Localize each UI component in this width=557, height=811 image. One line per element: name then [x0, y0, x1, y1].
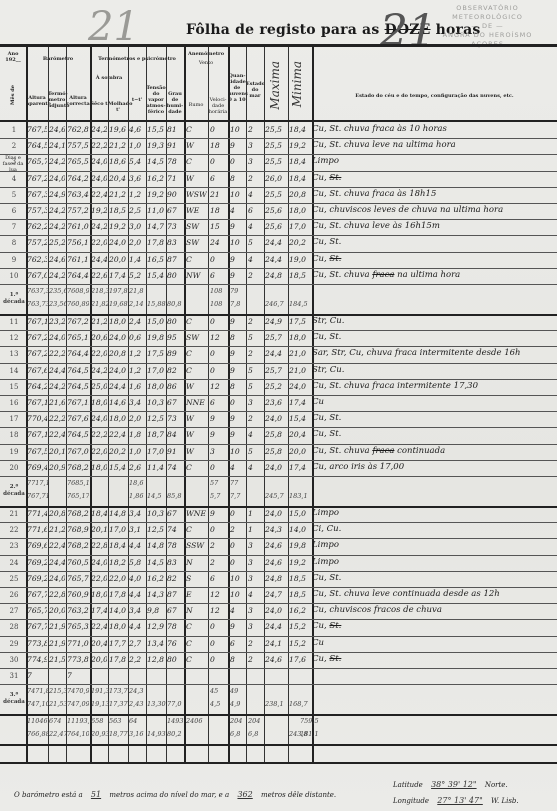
stamp-line: ANGRA DO HEROÍSMO	[420, 31, 555, 40]
cell-vel: 0	[210, 157, 227, 166]
cell-hum: 82	[167, 574, 183, 583]
cell-dif: 4,4	[129, 590, 145, 599]
summary-cell: 183,1	[289, 492, 311, 500]
cell-term: 25,2	[49, 238, 65, 247]
cell-nuv: 9	[230, 430, 245, 439]
cell-seco: 24,2	[91, 222, 107, 231]
cell-alt-ap: 757,35	[27, 206, 47, 215]
summary-cell: 184,5	[289, 300, 311, 308]
cell-min: 15,2	[289, 622, 311, 631]
cell-max: 24,6	[265, 655, 287, 664]
table-row: 6757,3524,2757,2019,218,52,511,067WE1846…	[0, 203, 557, 220]
table-row: 10767,0024,2764,4422,617,45,215,480NW692…	[0, 268, 557, 285]
cell-seco: 21,2	[91, 317, 107, 326]
remark-text: Cu, St.	[312, 621, 557, 631]
cell-hum: 89	[167, 349, 183, 358]
cell-alt-ap: 769,60	[27, 541, 47, 550]
cell-nuv: 9	[230, 414, 245, 423]
cell-tensao: 10,3	[147, 509, 165, 518]
summary-cell: 563	[109, 717, 131, 725]
cell-nuv: 9	[230, 349, 245, 358]
cell-dif: 3,1	[129, 525, 145, 534]
cell-alt-ap: 769,20	[27, 558, 47, 567]
cell-hum: 76	[167, 639, 183, 648]
day-number: 11	[4, 318, 24, 326]
cell-max: 25,7	[265, 366, 287, 375]
cell-nuv: 9	[230, 317, 245, 326]
cell-nuv: 10	[230, 190, 245, 199]
cell-mar: 2	[248, 317, 263, 326]
cell-dif: 4,0	[129, 574, 145, 583]
cell-alt-ap: 770,40	[27, 414, 47, 423]
summary-cell: 7471,80	[27, 687, 49, 695]
cell-molh: 17,8	[109, 655, 127, 664]
cell-dif: 4,4	[129, 622, 145, 631]
cell-seco: 22,0	[91, 349, 107, 358]
summary-cell: 4,9	[230, 700, 252, 708]
cell-vel: 9	[210, 414, 227, 423]
cell-molh: 21,2	[109, 190, 127, 199]
cell-nuv: 9	[230, 366, 245, 375]
table-row: 29773,8021,9771,0620,417,72,713,476C0622…	[0, 636, 557, 653]
cell-seco: 18,0	[91, 590, 107, 599]
table-row: 12767,2024,0765,1320,624,00,619,895SW128…	[0, 330, 557, 347]
cell-vel: 0	[210, 366, 227, 375]
day-number: 28	[4, 623, 24, 631]
cell-rumo: W	[186, 414, 207, 423]
cell-dif: 1,2	[129, 366, 145, 375]
cell-nuv: 6	[230, 639, 245, 648]
cell-tensao: 16,2	[147, 174, 165, 183]
cell-rumo: C	[186, 525, 207, 534]
cell-alt-cor: 765,54	[67, 157, 89, 166]
cell-dif: 1,4	[129, 255, 145, 264]
cell-alt-ap: 757,25	[27, 238, 47, 247]
month-label: Mês de	[10, 84, 16, 106]
cell-tensao: 14,7	[147, 222, 165, 231]
day-number: 6	[4, 207, 24, 215]
day-number: 1	[4, 126, 24, 134]
cell-alt-cor: 757,20	[67, 206, 89, 215]
longitude-dir: W. Lisb.	[491, 797, 519, 805]
day-number: 22	[4, 526, 24, 534]
cell-tensao: 17,8	[147, 238, 165, 247]
cell-max: 25,8	[265, 447, 287, 456]
cell-seco: 22,2	[91, 430, 107, 439]
cell-tensao: 14,5	[147, 558, 165, 567]
cell-alt-ap: 767,10	[27, 317, 47, 326]
cell-mar: 2	[248, 174, 263, 183]
cell-rumo: N	[186, 606, 207, 615]
cell-tensao: 14,8	[147, 541, 165, 550]
cell-vel: 0	[210, 655, 227, 664]
cell-mar: 6	[248, 206, 263, 215]
cell-molh: 19,2	[109, 222, 127, 231]
cell-term: 24,2	[49, 271, 65, 280]
cell-min: 17,6	[289, 655, 311, 664]
cell-mar: 3	[248, 541, 263, 550]
cell-hum: 91	[167, 141, 183, 150]
summary-cell: 108	[210, 287, 232, 295]
cell-hum: 95	[167, 333, 183, 342]
cell-nuv: 9	[230, 141, 245, 150]
footer-rule	[0, 762, 557, 764]
cell-vel: 0	[210, 463, 227, 472]
col-t-minus: t−t'	[128, 97, 146, 103]
summary-cell: 11046,5	[27, 717, 49, 725]
cell-nuv: 9	[230, 255, 245, 264]
cell-tensao: 15,4	[147, 271, 165, 280]
summary-cell: 11193,5	[67, 717, 89, 725]
decade-summary: 3.ª década7471,80215,37470,9191,3173,724…	[0, 684, 557, 714]
table-row: 24769,2024,4760,5324,018,25,814,583N2032…	[0, 555, 557, 572]
cell-max: 24,1	[265, 639, 287, 648]
barometer-height: 51	[85, 790, 107, 799]
longitude: Longitude 27° 13' 47" W. Lisb.	[393, 796, 519, 805]
cell-seco: 17,4	[91, 606, 107, 615]
cell-term: 24,0	[49, 333, 65, 342]
cell-alt-cor: 760,98	[67, 590, 89, 599]
cell-tensao: 17,5	[147, 349, 165, 358]
cell-term: 24,6	[49, 255, 65, 264]
cell-alt-ap: 767,50	[27, 125, 47, 134]
cell-vel: 12	[210, 382, 227, 391]
cell-max: 24,4	[265, 349, 287, 358]
cell-alt-ap: 7	[27, 671, 47, 680]
col-seco: Sêco t	[90, 101, 108, 107]
day-number: 24	[4, 559, 24, 567]
latitude-value: 38° 39' 12"	[425, 780, 483, 789]
barometer-suffix: metros dêle distante.	[261, 791, 336, 799]
table-row: 28767,7521,9765,3222,418,04,412,978C0932…	[0, 619, 557, 636]
cell-dif: 2,4	[129, 317, 145, 326]
cell-molh: 20,4	[109, 174, 127, 183]
cell-alt-cor: 765,32	[67, 622, 89, 631]
cell-vel: 12	[210, 606, 227, 615]
cell-term: 24,4	[49, 558, 65, 567]
cell-seco: 18,0	[91, 463, 107, 472]
cell-hum: 91	[167, 447, 183, 456]
table-row: 22771,6021,2768,9720,117,03,112,574C0212…	[0, 522, 557, 539]
summary-cell: 79	[230, 287, 252, 295]
cell-tensao: 14,5	[147, 157, 165, 166]
cell-hum: 90	[167, 190, 183, 199]
cell-dif: 0,6	[129, 333, 145, 342]
cell-dif: 2,5	[129, 206, 145, 215]
remark-text: Cu, St. chuva leve continuada desde as 1…	[312, 589, 557, 599]
cell-hum: 78	[167, 622, 183, 631]
latitude-dir: Norte.	[485, 781, 508, 789]
cell-nuv: 9	[230, 271, 245, 280]
remark-text: Cu, arco iris às 17,00	[312, 462, 557, 472]
cell-tensao: 14,3	[147, 590, 165, 599]
cell-molh: 18,0	[109, 622, 127, 631]
cell-dif: 2,0	[129, 414, 145, 423]
cell-max: 25,5	[265, 141, 287, 150]
year-label: Ano192__	[2, 51, 24, 63]
cell-dif: 1,0	[129, 141, 145, 150]
cell-alt-cor: 764,56	[67, 430, 89, 439]
cell-nuv: 8	[230, 382, 245, 391]
cell-alt-ap: 767,75	[27, 590, 47, 599]
cell-max: 24,7	[265, 590, 287, 599]
remark-text: Limpo	[312, 540, 557, 550]
cell-rumo: SSW	[186, 541, 207, 550]
cell-dif: 2,0	[129, 238, 145, 247]
cell-vel: 0	[210, 349, 227, 358]
col-mar: Estado do mar	[246, 81, 264, 99]
cell-hum: 87	[167, 590, 183, 599]
cell-tensao: 10,3	[147, 398, 165, 407]
cell-dif: 3,4	[129, 606, 145, 615]
day-number: 26	[4, 591, 24, 599]
summary-cell: 15,88	[147, 300, 169, 308]
cell-alt-cor: 764,54	[67, 382, 89, 391]
cell-nuv: 4	[230, 606, 245, 615]
cell-vel: 18	[210, 206, 227, 215]
latitude: Latitude 38° 39' 12" Norte.	[393, 780, 508, 789]
cell-alt-ap: 765,70	[27, 157, 47, 166]
cell-tensao: 18,7	[147, 430, 165, 439]
cell-max: 24,4	[265, 255, 287, 264]
cell-seco: 18,0	[91, 398, 107, 407]
cell-alt-cor: 764,44	[67, 271, 89, 280]
barometer-mid: metros acima do nível do mar, e a	[109, 791, 229, 799]
cell-hum: 74	[167, 463, 183, 472]
cell-max: 24,4	[265, 238, 287, 247]
cell-vel: 3	[210, 447, 227, 456]
day-number: 31	[4, 672, 24, 680]
cell-term: 21,5	[49, 655, 65, 664]
cell-hum: 80	[167, 271, 183, 280]
table-row: 21771,4020,8768,2318,414,83,410,367WNE90…	[0, 506, 557, 523]
cell-alt-cor: 762,81	[67, 125, 89, 134]
cell-min: 19,8	[289, 541, 311, 550]
cell-nuv: 0	[230, 541, 245, 550]
cell-nuv: 10	[230, 238, 245, 247]
cell-mar: 4	[248, 590, 263, 599]
remark-text: Str, Cu.	[312, 365, 557, 375]
cell-seco: 20,0	[91, 655, 107, 664]
cell-dif: 1,0	[129, 447, 145, 456]
summary-cell: 7470,9	[67, 687, 89, 695]
cell-nuv: 10	[230, 590, 245, 599]
summary-cell: 77,0	[167, 700, 189, 708]
day-number: 4	[4, 175, 24, 183]
cell-min: 18,0	[289, 206, 311, 215]
day-number: 25	[4, 575, 24, 583]
cell-alt-cor: 771,06	[67, 639, 89, 648]
cell-vel: 9	[210, 509, 227, 518]
summary-cell: 49	[230, 687, 252, 695]
cell-vel: 2	[210, 541, 227, 550]
barometer-distance: 362	[231, 790, 258, 799]
col-humidade: Grau de humi-dade	[166, 91, 184, 115]
cell-alt-ap: 767,10	[27, 398, 47, 407]
cell-mar: 4	[248, 430, 263, 439]
cell-alt-cor: 764,44	[67, 349, 89, 358]
table-row: 2764,5524,1757,5022,221,21,019,391W18932…	[0, 138, 557, 155]
cell-min: 14,0	[289, 525, 311, 534]
table-row: 13767,2022,2764,4422,020,81,217,589C0922…	[0, 346, 557, 363]
cell-dif: 2,7	[129, 639, 145, 648]
cell-alt-ap: 771,60	[27, 525, 47, 534]
cell-alt-cor: 763,21	[67, 606, 89, 615]
cell-term: 22,4	[49, 430, 65, 439]
cell-seco: 22,0	[91, 447, 107, 456]
cell-hum: 78	[167, 541, 183, 550]
col-minima: Minima	[290, 61, 304, 107]
cell-dif: 3,6	[129, 174, 145, 183]
cell-vel: 0	[210, 125, 227, 134]
cell-alt-cor: 768,97	[67, 525, 89, 534]
cell-tensao: 15,5	[147, 125, 165, 134]
cell-alt-ap: 767,20	[27, 333, 47, 342]
cell-nuv: 10	[230, 125, 245, 134]
cell-mar: 3	[248, 558, 263, 567]
cell-rumo: C	[186, 463, 207, 472]
cell-vel: 0	[210, 639, 227, 648]
remark-text: Cu, St.	[312, 237, 557, 247]
cell-max: 24,8	[265, 271, 287, 280]
cell-seco: 22,2	[91, 141, 107, 150]
cell-mar: 2	[248, 414, 263, 423]
cell-dif: 1,6	[129, 382, 145, 391]
remark-text: Str, Cu.	[312, 316, 557, 326]
cell-nuv: 0	[230, 558, 245, 567]
cell-rumo: W	[186, 382, 207, 391]
cell-dif: 1,2	[129, 349, 145, 358]
cell-hum: 67	[167, 509, 183, 518]
cell-max: 24,6	[265, 541, 287, 550]
cell-molh: 17,8	[109, 590, 127, 599]
cell-dif: 2,6	[129, 463, 145, 472]
cell-mar: 2	[248, 639, 263, 648]
summary-cell: 17,37	[109, 700, 131, 708]
col-rumo: Rumo	[184, 102, 208, 108]
cell-nuv: 4	[230, 206, 245, 215]
cell-tensao: 11,4	[147, 463, 165, 472]
table-row: 19767,5020,1767,0022,020,21,017,091W3105…	[0, 444, 557, 461]
cell-max: 24,0	[265, 463, 287, 472]
cell-alt-cor: 763,44	[67, 190, 89, 199]
cell-rumo: WE	[186, 206, 207, 215]
remark-text: Limpo	[312, 156, 557, 166]
cell-dif: 5,2	[129, 271, 145, 280]
summary-cell: 14,93	[147, 730, 169, 738]
cell-max: 25,6	[265, 222, 287, 231]
remark-text: Cu, St. chuva fraca continuada	[312, 446, 557, 456]
cell-term: 20,8	[49, 509, 65, 518]
cell-molh: 18,4	[109, 541, 127, 550]
summary-cell: 747,09	[67, 700, 89, 708]
table-row: 26767,7522,8760,9818,017,84,414,387E1210…	[0, 587, 557, 604]
cell-seco: 22,4	[91, 622, 107, 631]
remark-text: Cu, St.	[312, 573, 557, 583]
cell-tensao: 9,8	[147, 606, 165, 615]
cell-molh: 24,0	[109, 366, 127, 375]
cell-rumo: NNE	[186, 398, 207, 407]
cell-seco: 24,4	[91, 255, 107, 264]
remark-text: Cu, St.	[312, 413, 557, 423]
summary-cell: 759,5	[300, 717, 322, 725]
cell-hum: 78	[167, 157, 183, 166]
cell-rumo: C	[186, 157, 207, 166]
cell-rumo: SW	[186, 333, 207, 342]
cell-min: 15,4	[289, 414, 311, 423]
cell-min: 17,4	[289, 463, 311, 472]
summary-cell: 763,730	[27, 300, 49, 308]
cell-rumo: C	[186, 255, 207, 264]
day-number: 18	[4, 431, 24, 439]
cell-rumo: E	[186, 590, 207, 599]
summary-cell: 57	[210, 479, 232, 487]
day-number: 10	[4, 272, 24, 280]
remark-text: Cu, St.	[312, 654, 557, 664]
cell-alt-cor: 768,24	[67, 463, 89, 472]
cell-seco: 22,4	[91, 190, 107, 199]
remark-text: Cu, St. chuva fraca intermitente 17,30	[312, 381, 557, 391]
cell-alt-cor: 761,11	[67, 255, 89, 264]
cell-rumo: W	[186, 430, 207, 439]
cell-vel: 9	[210, 430, 227, 439]
day-number: 17	[4, 415, 24, 423]
cell-rumo: C	[186, 366, 207, 375]
cell-vel: 0	[210, 317, 227, 326]
remark-text: Cu, St.	[312, 173, 557, 183]
cell-alt-ap: 767,35	[27, 190, 47, 199]
day-number: 23	[4, 542, 24, 550]
cell-term: 22,2	[49, 414, 65, 423]
longitude-label: Longitude	[393, 797, 429, 805]
cell-mar: 3	[248, 157, 263, 166]
summary-rule	[0, 744, 557, 746]
cell-rumo: SW	[186, 238, 207, 247]
cell-rumo: W	[186, 447, 207, 456]
cell-alt-cor: 760,53	[67, 558, 89, 567]
cell-vel: 12	[210, 590, 227, 599]
table-row: 3765,7024,2765,5424,018,65,414,578C00325…	[0, 154, 557, 171]
cell-nuv: 8	[230, 333, 245, 342]
cell-alt-ap: 767,20	[27, 349, 47, 358]
cell-rumo: WNE	[186, 509, 207, 518]
stamp-line: OBSERVATÓRIO METEOROLÓGICO	[420, 4, 555, 22]
cell-max: 26,0	[265, 174, 287, 183]
summary-cell: 108	[210, 300, 232, 308]
summary-cell: 238,1	[265, 700, 287, 708]
cell-alt-cor: 764,57	[67, 366, 89, 375]
cell-nuv: 0	[230, 157, 245, 166]
remark-text: Cu, chuviscos leves de chuva na ultima h…	[312, 205, 557, 215]
cell-tensao: 11,0	[147, 206, 165, 215]
table-row: 4767,2524,0764,2124,020,43,616,271W68226…	[0, 171, 557, 188]
cell-mar: 2	[248, 271, 263, 280]
cell-hum: 87	[167, 255, 183, 264]
cell-term: 24,0	[49, 174, 65, 183]
cell-term: 24,2	[49, 157, 65, 166]
cell-hum: 84	[167, 430, 183, 439]
cell-mar: 3	[248, 398, 263, 407]
cell-rumo: SW	[186, 222, 207, 231]
cell-alt-cor: 768,22	[67, 541, 89, 550]
summary-cell: 13,30	[147, 700, 169, 708]
cell-min: 21,0	[289, 349, 311, 358]
day-number: 29	[4, 640, 24, 648]
summary-cell: 14,5	[147, 492, 169, 500]
cell-tensao: 17,0	[147, 366, 165, 375]
cell-min: 17,0	[289, 222, 311, 231]
cell-mar: 3	[248, 574, 263, 583]
